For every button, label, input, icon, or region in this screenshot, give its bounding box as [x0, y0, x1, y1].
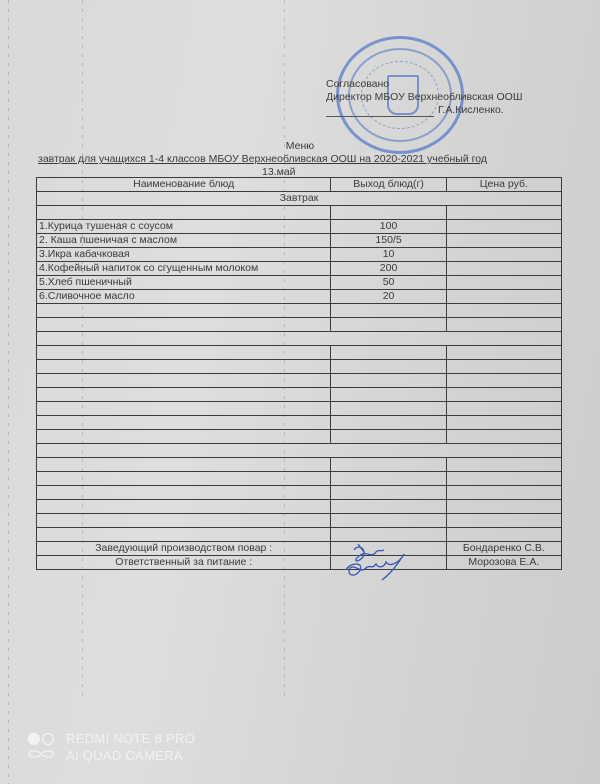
table-row — [37, 304, 562, 318]
dish-weight: 150/5 — [331, 234, 446, 248]
signature-role: Ответственный за питание : — [37, 556, 331, 570]
section-row — [37, 444, 562, 458]
dish-name: 1.Курица тушеная с соусом — [37, 220, 331, 234]
dish-name: 4.Кофейный напиток со сгущенным молоком — [37, 262, 331, 276]
dish-weight: 100 — [331, 220, 446, 234]
dish-name: 2. Каша пшеничая с маслом — [37, 234, 331, 248]
table-row — [37, 402, 562, 416]
table-row — [37, 346, 562, 360]
signature-name: Морозова Е.А. — [446, 556, 561, 570]
table-row — [37, 486, 562, 500]
signature-role: Заведующий производством повар : — [37, 542, 331, 556]
signature-row: Заведующий производством повар :Бондарен… — [37, 542, 562, 556]
table-row — [37, 430, 562, 444]
dish-weight: 20 — [331, 290, 446, 304]
signature-row: Ответственный за питание :Морозова Е.А. — [37, 556, 562, 570]
watermark-camera: AI QUAD CAMERA — [66, 747, 195, 764]
quad-camera-icon — [27, 732, 55, 762]
table-row — [37, 528, 562, 542]
document-title: Меню — [0, 140, 600, 152]
dish-name: 6.Сливочное масло — [37, 290, 331, 304]
dish-weight: 200 — [331, 262, 446, 276]
table-row — [37, 458, 562, 472]
table-row: 2. Каша пшеничая с маслом150/5 — [37, 234, 562, 248]
dish-name: 3.Икра кабачковая — [37, 248, 331, 262]
document-subtitle: завтрак для учащихся 1-4 классов МБОУ Ве… — [38, 153, 487, 165]
table-row — [37, 416, 562, 430]
table-row: 5.Хлеб пшеничный50 — [37, 276, 562, 290]
column-header-price: Цена руб. — [446, 178, 561, 192]
approval-director: Директор МБОУ Верхнеобливская ООШ — [326, 91, 522, 104]
column-header-weight: Выход блюд(г) — [331, 178, 446, 192]
dish-price — [446, 220, 561, 234]
table-row — [37, 472, 562, 486]
dish-price — [446, 290, 561, 304]
section-row — [37, 332, 562, 346]
table-row — [37, 374, 562, 388]
watermark-model: REDMI NOTE 8 PRO — [66, 730, 195, 747]
paper-crease — [8, 0, 9, 784]
table-row — [37, 500, 562, 514]
dish-price — [446, 262, 561, 276]
approval-signatory: Г.А.Кисленко. — [438, 104, 504, 116]
table-row: 6.Сливочное масло20 — [37, 290, 562, 304]
dish-weight: 50 — [331, 276, 446, 290]
column-header-dish: Наименование блюд — [37, 178, 331, 192]
dish-price — [446, 234, 561, 248]
approval-label: Согласовано — [326, 78, 522, 91]
table-header-row: Наименование блюд Выход блюд(г) Цена руб… — [37, 178, 562, 192]
table-row — [37, 514, 562, 528]
table-row — [37, 206, 562, 220]
dish-weight: 10 — [331, 248, 446, 262]
table-row: 4.Кофейный напиток со сгущенным молоком2… — [37, 262, 562, 276]
dish-name: 5.Хлеб пшеничный — [37, 276, 331, 290]
approval-block: Согласовано Директор МБОУ Верхнеобливска… — [326, 78, 522, 117]
dish-price — [446, 276, 561, 290]
table-row: 1.Курица тушеная с соусом100 — [37, 220, 562, 234]
table-row: 3.Икра кабачковая10 — [37, 248, 562, 262]
table-row — [37, 388, 562, 402]
signature-name: Бондаренко С.В. — [446, 542, 561, 556]
section-label: Завтрак — [37, 192, 562, 206]
menu-table: Наименование блюд Выход блюд(г) Цена руб… — [36, 177, 562, 570]
section-row: Завтрак — [37, 192, 562, 206]
handwritten-signature — [340, 540, 440, 584]
table-row — [37, 360, 562, 374]
dish-price — [446, 248, 561, 262]
table-row — [37, 318, 562, 332]
signature-line — [326, 116, 434, 117]
